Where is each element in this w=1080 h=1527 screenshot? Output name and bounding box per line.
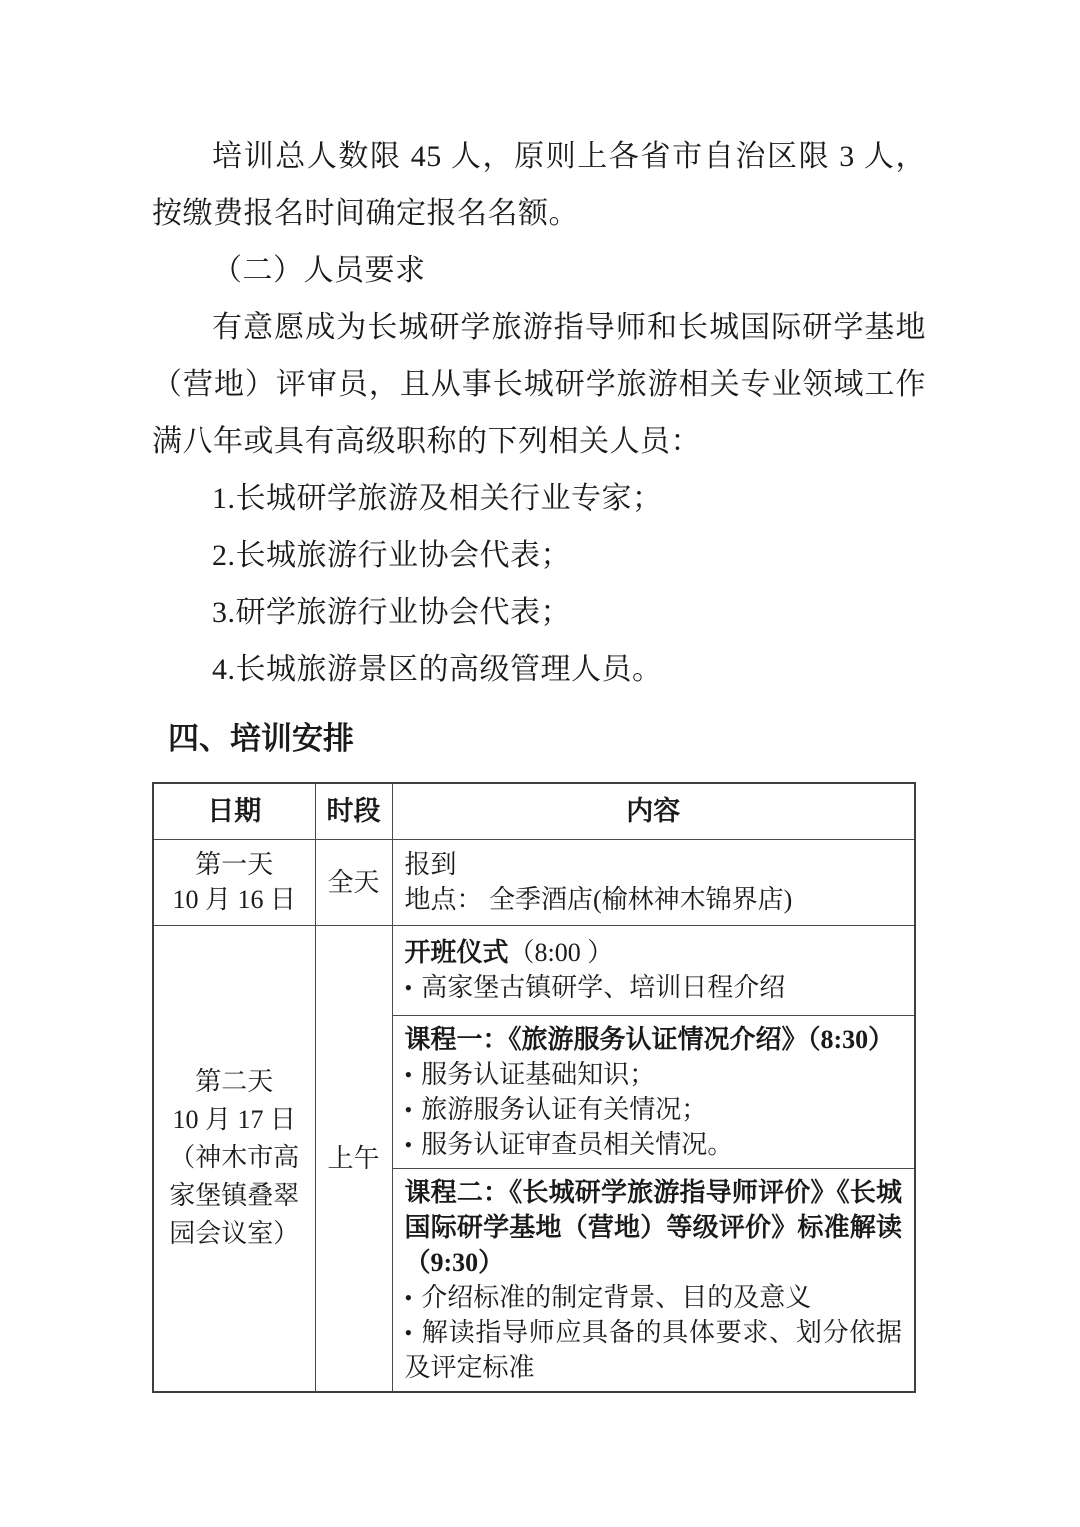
column-header-content: 内容: [392, 783, 915, 839]
course2-bullet-line: •解读指导师应具备的具体要求、划分依据及评定标准: [405, 1315, 903, 1385]
table-header-row: 日期 时段 内容: [153, 783, 915, 839]
list-item-2: 2.长城旅游行业协会代表；: [152, 527, 926, 584]
paragraph-enrollment-limit: 培训总人数限 45 人，原则上各省市自治区限 3 人，按缴费报名时间确定报名名额…: [152, 128, 926, 242]
course2-bullet-line: •介绍标准的制定背景、目的及意义: [405, 1280, 903, 1315]
opening-ceremony-time: （8:00 ）: [509, 938, 614, 967]
course1-bullet-line: •旅游服务认证有关情况；: [405, 1092, 903, 1127]
bullet-icon: •: [405, 970, 413, 1005]
list-item-4: 4.长城旅游景区的高级管理人员。: [152, 641, 926, 698]
course1-title: 课程一：《旅游服务认证情况介绍》（8:30）: [405, 1022, 903, 1057]
bullet-icon: •: [405, 1127, 413, 1162]
course1-bullet-text: 旅游服务认证有关情况；: [421, 1095, 707, 1124]
document-content: 培训总人数限 45 人，原则上各省市自治区限 3 人，按缴费报名时间确定报名名额…: [152, 0, 926, 1393]
column-header-period: 时段: [315, 783, 392, 839]
course2-title: 课程二：《长城研学旅游指导师评价》《长城国际研学基地（营地）等级评价》标准解读（…: [405, 1175, 903, 1280]
paragraph-personnel-requirement: 有意愿成为长城研学旅游指导师和长城国际研学基地（营地）评审员，且从事长城研学旅游…: [152, 299, 926, 470]
day1-date-value: 10 月 16 日: [166, 882, 303, 917]
course2-bullet-text: 解读指导师应具备的具体要求、划分依据及评定标准: [405, 1318, 903, 1382]
opening-ceremony-title-line: 开班仪式（8:00 ）: [405, 935, 903, 970]
day2-period-cell: 上午: [315, 925, 392, 1392]
opening-ceremony-title: 开班仪式: [405, 938, 509, 967]
bullet-icon: •: [405, 1315, 413, 1350]
day1-period-cell: 全天: [315, 839, 392, 925]
document-page: 培训总人数限 45 人，原则上各省市自治区限 3 人，按缴费报名时间确定报名名额…: [0, 0, 1080, 1527]
bullet-icon: •: [405, 1280, 413, 1315]
day1-content-cell: 报到 地点： 全季酒店(榆林神木锦界店): [392, 839, 915, 925]
column-header-date: 日期: [153, 783, 315, 839]
course1-bullet-text: 服务认证审查员相关情况。: [421, 1130, 733, 1159]
paragraph-subsection-title: （二）人员要求: [152, 242, 926, 299]
course1-bullet-line: •服务认证基础知识；: [405, 1057, 903, 1092]
course2-cell: 课程二：《长城研学旅游指导师评价》《长城国际研学基地（营地）等级评价》标准解读（…: [392, 1168, 915, 1392]
course1-bullet-text: 服务认证基础知识；: [421, 1060, 655, 1089]
bullet-icon: •: [405, 1092, 413, 1127]
opening-ceremony-cell: 开班仪式（8:00 ） •高家堡古镇研学、培训日程介绍: [392, 925, 915, 1015]
day1-date-label: 第一天: [166, 847, 303, 882]
opening-ceremony-bullet-text: 高家堡古镇研学、培训日程介绍: [421, 973, 785, 1002]
course2-bullet-text: 介绍标准的制定背景、目的及意义: [421, 1283, 811, 1312]
day1-checkin-line: 报到: [405, 847, 903, 882]
list-item-1: 1.长城研学旅游及相关行业专家；: [152, 470, 926, 527]
section-heading-training-arrangement: 四、培训安排: [152, 710, 926, 767]
table-row-day1: 第一天 10 月 16 日 全天 报到 地点： 全季酒店(榆林神木锦界店): [153, 839, 915, 925]
day2-date-cell: 第二天 10 月 17 日 （神木市高 家堡镇叠翠 园会议室）: [153, 925, 315, 1392]
bullet-icon: •: [405, 1057, 413, 1092]
course1-cell: 课程一：《旅游服务认证情况介绍》（8:30） •服务认证基础知识； •旅游服务认…: [392, 1015, 915, 1168]
list-item-3: 3.研学旅游行业协会代表；: [152, 584, 926, 641]
course1-bullet-line: •服务认证审查员相关情况。: [405, 1127, 903, 1162]
opening-ceremony-bullet-line: •高家堡古镇研学、培训日程介绍: [405, 970, 903, 1005]
day1-date-cell: 第一天 10 月 16 日: [153, 839, 315, 925]
table-row-day2-opening: 第二天 10 月 17 日 （神木市高 家堡镇叠翠 园会议室） 上午 开班仪式（…: [153, 925, 915, 1015]
day2-date-text: 第二天 10 月 17 日 （神木市高 家堡镇叠翠 园会议室）: [166, 1063, 303, 1253]
day1-location-line: 地点： 全季酒店(榆林神木锦界店): [405, 882, 903, 917]
training-schedule-table: 日期 时段 内容 第一天 10 月 16 日 全天 报到 地点： 全季酒店(榆林…: [152, 782, 916, 1393]
